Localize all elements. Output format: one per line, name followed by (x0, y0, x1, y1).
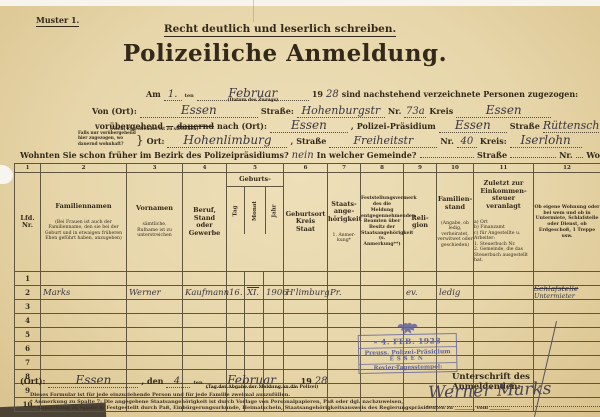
footer-day-field: 4. (166, 376, 190, 388)
table-cell (534, 314, 600, 328)
table-cell (474, 286, 534, 300)
table-cell (328, 356, 361, 370)
steuer-title: Zuletzt zur Einkommen- steuer veranlagt (474, 180, 533, 210)
table-cell: H'limburg (284, 286, 328, 300)
row-number: 7 (15, 356, 41, 370)
table-cell (183, 314, 227, 328)
ten-label: ten (185, 93, 194, 99)
table-cell (474, 300, 534, 314)
permanent-nr-label: Nr. (440, 136, 454, 146)
table-cell (404, 272, 437, 286)
col-feststellung-header: Feststellungsvermerk des die Meldung ent… (361, 173, 404, 272)
table-cell (245, 356, 264, 370)
permanent-strasse-field: Freiheitstr (329, 134, 437, 148)
table-cell (227, 328, 245, 342)
earlier-answer: nein (292, 150, 314, 161)
to-pp-field: Essen (439, 118, 507, 133)
to-strasse-label: Straße (510, 121, 540, 131)
table-cell (328, 314, 361, 328)
permanent-ort-label: Ort: (147, 136, 165, 146)
col-steuer-header: Zuletzt zur Einkommen- steuer veranlagt … (474, 173, 534, 272)
table-cell (328, 300, 361, 314)
steuer-note: a) Ort b) Finanzamt c) für Angestellte u… (474, 220, 533, 264)
to-pp: Essen (455, 118, 491, 132)
permanent-line: } Ort: Hohenlimburg , Straße Freiheitstr… (136, 133, 582, 148)
table-cell (361, 272, 404, 286)
table-cell (437, 272, 474, 286)
col-num: 9 (404, 164, 437, 173)
col-wohnung-header: Ob eigene Wohnung oder bei wem und ob in… (534, 173, 600, 272)
col-num: 10 (437, 164, 474, 173)
familienstand-title: Familien- stand (437, 196, 473, 211)
table-cell (245, 272, 264, 286)
table-cell (361, 300, 404, 314)
table-cell (328, 328, 361, 342)
table-cell (534, 328, 600, 342)
table-cell (183, 272, 227, 286)
table-cell (474, 342, 534, 356)
row-number: 6 (15, 342, 41, 356)
from-nr-label: Nr. (388, 106, 402, 116)
col-num: 11 (474, 164, 534, 173)
footer-day: 4. (174, 376, 184, 387)
arrival-day-field: 1. (164, 89, 182, 101)
instruction-line: Recht deutlich und leserlich schreiben. (0, 23, 560, 35)
row-number: 1 (15, 272, 41, 286)
table-cell (284, 328, 328, 342)
from-ort-field: Essen (140, 103, 258, 118)
wo-label: Wo (586, 150, 600, 160)
stamp-caption: Revier-Tagesstempel: (359, 362, 456, 373)
table-cell (284, 314, 328, 328)
from-line: Von (Ort): Essen Straße: Hohenburgstr Nr… (92, 103, 551, 118)
vornamen-note: sämtliche, Rufname ist zu unterstreichen (127, 222, 182, 239)
table-cell (245, 342, 264, 356)
table-cell: ledig (437, 286, 474, 300)
table-cell (328, 370, 361, 384)
paper-crease (253, 0, 254, 22)
from-nr-field: 73a (404, 106, 426, 118)
vornamen-title: Vornamen (127, 205, 182, 212)
table-cell (227, 314, 245, 328)
table-cell (284, 272, 328, 286)
geburts-title: Geburts- (227, 173, 283, 187)
table-cell (361, 286, 404, 300)
table-cell (183, 342, 227, 356)
comma: , (351, 121, 354, 131)
table-cell (41, 300, 127, 314)
geburts-jahr-header: Jahr (266, 187, 283, 234)
to-strasse-field: Rüttenscheiderstr. (543, 119, 600, 133)
permanent-kreis-field: Iserlohn (510, 133, 582, 148)
col-num: 4 (183, 164, 227, 173)
table-cell (328, 272, 361, 286)
row-number: 2 (15, 286, 41, 300)
footer-ten-label: ten (193, 380, 202, 386)
table-cell (41, 272, 127, 286)
table-row: 4 (15, 314, 600, 328)
table-cell (474, 328, 534, 342)
table-cell (245, 314, 264, 328)
table-cell: SchlafstelleUntermieter (534, 286, 600, 300)
am-label: Am (146, 89, 161, 99)
table-cell (127, 300, 183, 314)
col-num: 1 (15, 164, 41, 173)
familiennamen-note: (Bei Frauen ist auch der Familienname, d… (41, 220, 126, 242)
footnotes: Dieses Formular ist für jede einzuziehen… (30, 392, 510, 412)
table-cell: 16. (227, 286, 245, 300)
from-ort: Essen (181, 103, 217, 117)
familienstand-note: (Angabe, ob ledig, verheiratet, verwitwe… (437, 221, 473, 249)
permanent-nr-field: 40 (457, 136, 477, 148)
arrival-rest-text: sind nachstehend verzeichnete Personen z… (342, 89, 578, 99)
table-cell (183, 328, 227, 342)
date-of-arrival-line: Am 1. ten Februar (Datum des Zuzugs) 192… (146, 86, 578, 101)
table-cell (264, 272, 284, 286)
form-title: Polizeiliche Anmeldung. (0, 40, 570, 67)
table-cell (245, 300, 264, 314)
table-cell (264, 342, 284, 356)
table-cell (183, 356, 227, 370)
row-number: 3 (15, 300, 41, 314)
nach-ort-label: nach (Ort): (217, 121, 267, 131)
table-cell (404, 300, 437, 314)
col-familiennamen-header: Familiennamen (Bei Frauen ist auch der F… (41, 173, 127, 272)
table-cell (127, 356, 183, 370)
from-strasse-label: Straße: (261, 106, 294, 116)
scanned-registration-form: Muster 1. Recht deutlich und leserlich s… (0, 0, 600, 417)
table-cell (264, 300, 284, 314)
stamp-box: – 4. FEB. 1928 Preuss. Polizei-Präsidium… (358, 333, 458, 374)
col-num: 5 (227, 164, 284, 173)
table-row: 3 (15, 300, 600, 314)
table-cell (534, 356, 600, 370)
table-row: 1 (15, 272, 600, 286)
col-num: 3 (127, 164, 183, 173)
table-cell (284, 300, 328, 314)
table-cell (437, 300, 474, 314)
table-cell (41, 314, 127, 328)
to-ort: Essen (291, 118, 327, 132)
col-lfd-nr-header: Lfd. Nr. (15, 173, 41, 272)
row-number: 4 (15, 314, 41, 328)
year-prefix: 19 (312, 89, 323, 99)
earlier-residence-line: Wohnten Sie schon früher im Bezirk des P… (20, 150, 600, 161)
arrival-year: 28 (326, 89, 339, 100)
police-stamp: – 4. FEB. 1928 Preuss. Polizei-Präsidium… (357, 321, 457, 374)
geburts-subcolumns: Tag Monat Jahr (227, 187, 283, 234)
col-num: 7 (328, 164, 361, 173)
polizei-praesidium-label: Polizei-Präsidium (357, 121, 436, 131)
col-beruf-header: Beruf, Stand oder Gewerbe (183, 173, 227, 272)
permanent-ort-field: Hohenlimburg (167, 133, 287, 148)
arrival-day: 1. (168, 89, 178, 100)
table-cell (227, 356, 245, 370)
eagle-icon (396, 322, 418, 335)
table-cell: 1906 (264, 286, 284, 300)
row-number: 5 (15, 328, 41, 342)
staat-note: 1. Anmer- kung* (328, 233, 360, 244)
table-cell (127, 272, 183, 286)
table-cell (127, 314, 183, 328)
col-num: 8 (361, 164, 404, 173)
from-strasse-field: Hohenburgstr (297, 104, 385, 118)
permanent-strasse: Freiheitstr (353, 134, 413, 147)
footer-ort-label: (Ort): (20, 376, 45, 386)
footnote: ** Anmerkung zu Spalte 8: Festgestellt d… (30, 405, 510, 412)
table-row: 5 (15, 328, 600, 342)
from-kreis-label: Kreis (429, 106, 453, 116)
to-strasse: Rüttenscheiderstr. (543, 119, 600, 132)
from-strasse: Hohenburgstr (301, 104, 380, 117)
table-cell (127, 342, 183, 356)
footer-month-field: Februar (Tag der Abgabe der Meldung an d… (206, 373, 298, 388)
from-kreis-field: Essen (456, 103, 551, 118)
table-cell: Werner (127, 286, 183, 300)
table-cell (264, 314, 284, 328)
staat-title: Staats- ange- hörigkeit (328, 201, 360, 223)
footer-ort-field: Essen (48, 373, 138, 388)
table-cell (41, 342, 127, 356)
table-cell (534, 398, 600, 412)
arrival-month-field: Februar (Datum des Zuzugs) (197, 86, 309, 101)
from-nr: 73a (406, 106, 425, 117)
col-num: 2 (41, 164, 127, 173)
earlier-nr-field (576, 157, 584, 158)
table-cell (41, 356, 127, 370)
from-kreis: Essen (486, 103, 522, 117)
col-geburtsort-header: Geburtsort Kreis Staat (284, 173, 328, 272)
table-row: 7 (15, 356, 600, 370)
footer-caption: (Tag der Abgabe der Meldung an die Poliz… (206, 385, 298, 390)
earlier-nr-label: Nr. (559, 150, 573, 160)
den-label: , den (141, 376, 163, 386)
table-cell (474, 272, 534, 286)
header-row: Lfd. Nr. Familiennamen (Bei Frauen ist a… (15, 173, 600, 272)
table-cell (227, 300, 245, 314)
permanent-nr: 40 (461, 136, 474, 147)
table-cell (474, 314, 534, 328)
scan-edge (0, 0, 600, 6)
permanent-side-note: Falls nur vorübergehend hier zugezogen, … (78, 130, 140, 146)
from-ort-label: Von (Ort): (92, 106, 137, 116)
gemeinde-field (420, 157, 475, 158)
table-cell: Marks (41, 286, 127, 300)
table-cell (264, 356, 284, 370)
table-cell: Kaufmann (183, 286, 227, 300)
earlier-strasse-label: Straße (477, 150, 507, 160)
table-cell (284, 342, 328, 356)
geburts-monat-header: Monat (245, 187, 266, 234)
to-ort-field: Essen (270, 118, 348, 133)
table-cell (534, 342, 600, 356)
table-cell: ev. (404, 286, 437, 300)
geburts-tag-header: Tag (227, 187, 245, 234)
table-row: 6 (15, 342, 600, 356)
table-cell (328, 342, 361, 356)
col-vornamen-header: Vornamen sämtliche, Rufname ist zu unter… (127, 173, 183, 272)
col-staatsangehoerigkeit-header: Staats- ange- hörigkeit 1. Anmer- kung* (328, 173, 361, 272)
familiennamen-title: Familiennamen (41, 203, 126, 210)
instruction-text: Recht deutlich und leserlich schreiben. (164, 23, 396, 37)
table-cell (245, 328, 264, 342)
table-cell (534, 300, 600, 314)
table-cell (41, 328, 127, 342)
col-geburts-header: Geburts- Tag Monat Jahr (227, 173, 284, 272)
table-cell (227, 272, 245, 286)
gemeinde-label: In welcher Gemeinde? (317, 150, 417, 160)
table-cell (127, 328, 183, 342)
table-cell: Pr. (328, 286, 361, 300)
table-cell (284, 356, 328, 370)
footer-date-line: (Ort): Essen , den 4. ten Februar (Tag d… (20, 373, 328, 388)
permanent-kreis: Iserlohn (521, 133, 571, 147)
brace: } (136, 133, 144, 147)
table-cell (183, 300, 227, 314)
table-cell (227, 342, 245, 356)
permanent-ort: Hohenlimburg (183, 133, 271, 147)
table-cell: XI. (245, 286, 264, 300)
permanent-strasse-label: Straße (296, 136, 326, 146)
permanent-kreis-label: Kreis: (480, 136, 507, 146)
earlier-question: Wohnten Sie schon früher im Bezirk des P… (20, 150, 289, 160)
column-numbers-row: 1 2 3 4 5 6 7 8 9 10 11 12 (15, 164, 600, 173)
col-num: 12 (534, 164, 600, 173)
col-religion-header: Reli- gion (404, 173, 437, 272)
earlier-strasse-field (510, 157, 556, 158)
footer-ort: Essen (75, 373, 111, 387)
col-familienstand-header: Familien- stand (Angabe, ob ledig, verhe… (437, 173, 474, 272)
table-cell (474, 356, 534, 370)
table-row: 2MarksWernerKaufmann16.XI.1906H'limburgP… (15, 286, 600, 300)
table-cell (264, 328, 284, 342)
col-num: 6 (284, 164, 328, 173)
